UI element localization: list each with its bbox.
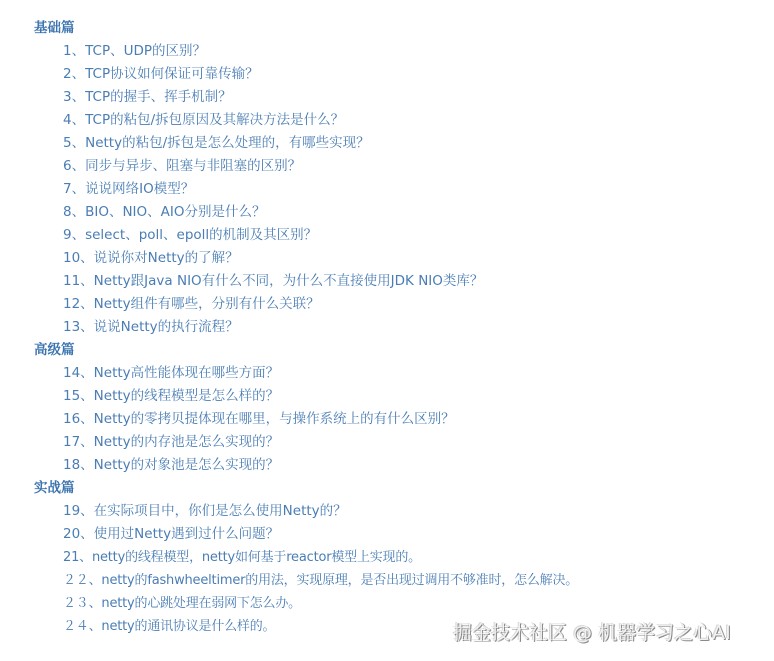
list-item[interactable]: 20、使用过Netty遇到过什么问题？ [0,523,774,546]
list-item[interactable]: 12、Netty组件有哪些，分别有什么关联？ [0,293,774,316]
list-item[interactable]: 3、TCP的握手、挥手机制？ [0,86,774,109]
watermark: 掘金技术社区 @ 机器学习之心AI [453,618,731,645]
list-item[interactable]: 11、Netty跟Java NIO有什么不同，为什么不直接使用JDK NIO类库… [0,270,774,293]
list-item[interactable]: 4、TCP的粘包/拆包原因及其解决方法是什么？ [0,109,774,132]
section-advanced: 高级篇 14、Netty高性能体现在哪些方面？ 15、Netty的线程模型是怎么… [0,339,774,477]
list-item[interactable]: 9、select、poll、epoll的机制及其区别？ [0,224,774,247]
list-item[interactable]: 21、netty的线程模型，netty如何基于reactor模型上实现的。 [0,546,774,569]
list-item[interactable]: 7、说说网络IO模型？ [0,178,774,201]
list-item[interactable]: ２３、netty的心跳处理在弱网下怎么办。 [0,592,774,615]
question-outline: 基础篇 1、TCP、UDP的区别？ 2、TCP协议如何保证可靠传输？ 3、TCP… [0,17,774,638]
list-item[interactable]: 13、说说Netty的执行流程？ [0,316,774,339]
list-item[interactable]: 16、Netty的零拷贝提体现在哪里，与操作系统上的有什么区别？ [0,408,774,431]
list-item[interactable]: 1、TCP、UDP的区别？ [0,40,774,63]
list-item[interactable]: 18、Netty的对象池是怎么实现的？ [0,454,774,477]
section-title: 基础篇 [0,17,774,40]
list-item[interactable]: 6、同步与异步、阻塞与非阻塞的区别？ [0,155,774,178]
list-item[interactable]: 2、TCP协议如何保证可靠传输？ [0,63,774,86]
list-item[interactable]: ２２、netty的fashwheeltimer的用法，实现原理，是否出现过调用不… [0,569,774,592]
section-title: 高级篇 [0,339,774,362]
list-item[interactable]: 15、Netty的线程模型是怎么样的？ [0,385,774,408]
list-item[interactable]: 10、说说你对Netty的了解？ [0,247,774,270]
section-practice: 实战篇 19、在实际项目中，你们是怎么使用Netty的？ 20、使用过Netty… [0,477,774,638]
list-item[interactable]: 5、Netty的粘包/拆包是怎么处理的，有哪些实现？ [0,132,774,155]
section-title: 实战篇 [0,477,774,500]
list-item[interactable]: 17、Netty的内存池是怎么实现的？ [0,431,774,454]
section-basics: 基础篇 1、TCP、UDP的区别？ 2、TCP协议如何保证可靠传输？ 3、TCP… [0,17,774,339]
list-item[interactable]: 19、在实际项目中，你们是怎么使用Netty的？ [0,500,774,523]
list-item[interactable]: 14、Netty高性能体现在哪些方面？ [0,362,774,385]
list-item[interactable]: 8、BIO、NIO、AIO分别是什么？ [0,201,774,224]
